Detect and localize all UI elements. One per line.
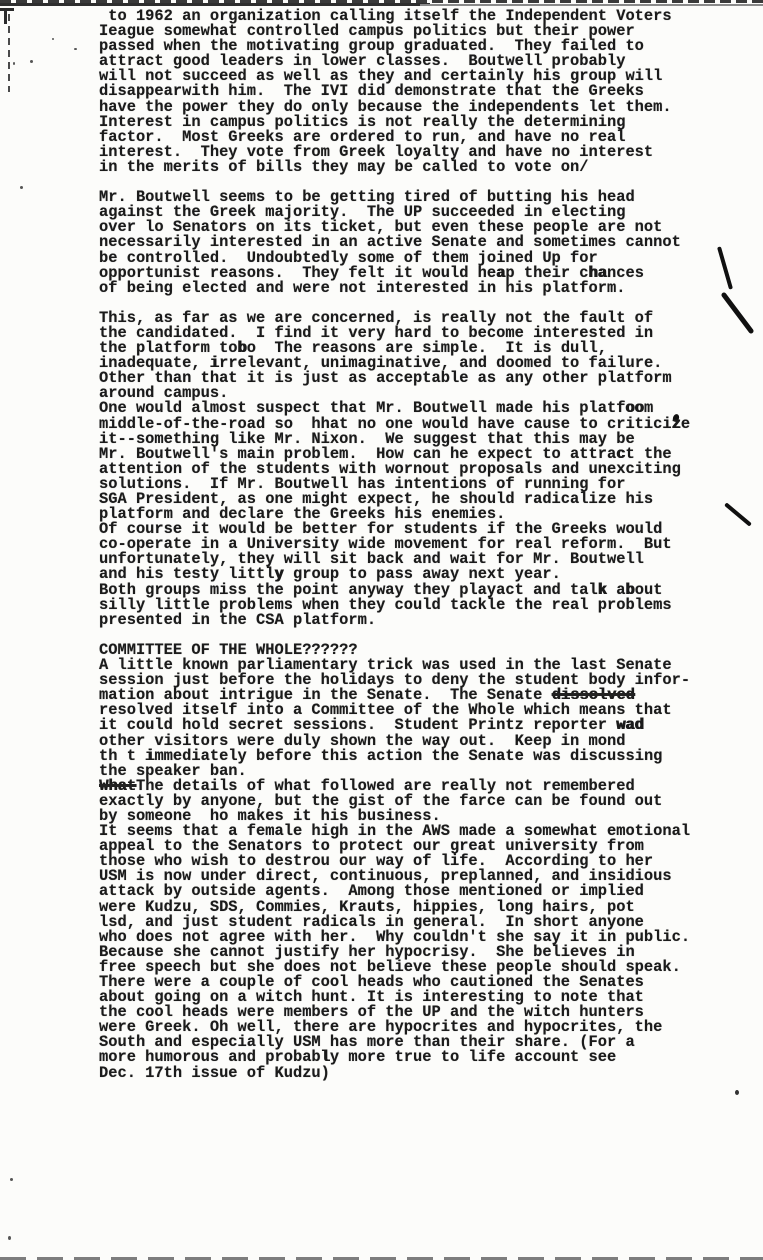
pen-stroke — [724, 502, 752, 526]
scan-edge-top-solid — [0, 3, 430, 6]
margin-dash-marks — [8, 14, 10, 92]
margin-corner-tick-vertical — [4, 8, 7, 24]
scan-speck — [13, 62, 15, 65]
scan-speck — [52, 38, 54, 40]
text-line: in the merits of bills they may be calle… — [99, 160, 719, 175]
text-line: Dec. 17th issue of Kudzu) — [99, 1066, 719, 1081]
scan-speck — [20, 186, 23, 189]
pen-speck — [735, 1090, 739, 1095]
scan-speck — [74, 48, 77, 50]
scan-speck — [8, 1236, 11, 1240]
overtyped-text: z — [672, 415, 681, 433]
text-line: of being elected and were not interested… — [99, 281, 719, 296]
pen-stroke — [720, 292, 754, 335]
text-line: presented in the CSA platform. — [99, 613, 719, 628]
typewritten-page-text: to 1962 an organization calling itself t… — [99, 9, 719, 1081]
scan-speck — [30, 60, 33, 63]
scan-speck — [10, 1178, 13, 1181]
scan-edge-top-thin — [420, 4, 763, 6]
margin-corner-tick — [0, 8, 14, 11]
pen-stroke — [717, 246, 733, 289]
